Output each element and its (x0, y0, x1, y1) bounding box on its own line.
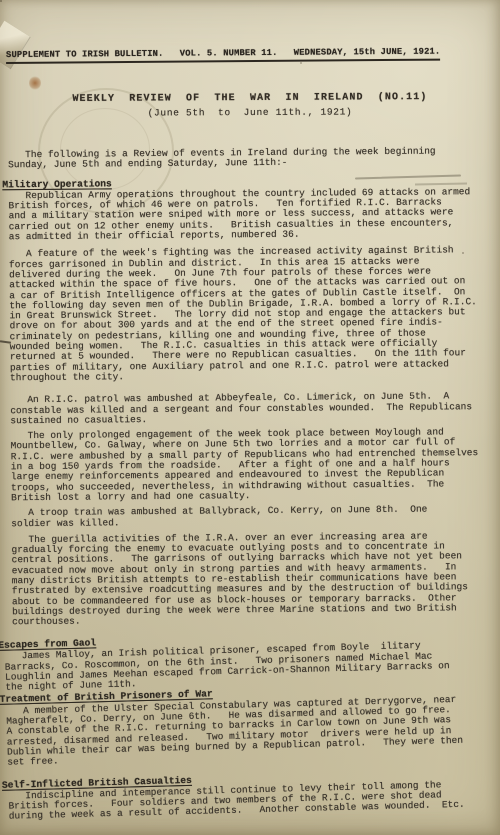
paragraph-treatment-1: A member of the Ulster Special Constabul… (6, 694, 493, 768)
paragraph-military-3: An R.I.C. patrol was ambushed at Abbeyfe… (10, 391, 494, 426)
paragraph-military-1: Republican Army operations throughout th… (8, 187, 492, 243)
paragraph-military-4: The only prolonged engagement of the wee… (10, 427, 495, 503)
paragraph-military-6: The guerilla activities of the I.R.A. ov… (11, 531, 496, 628)
ink-stain-mark (29, 76, 41, 90)
paragraph-military-2: A feature of the week's fighting was the… (9, 245, 494, 383)
title-block: WEEKLY REVIEW OF THE WAR IN IRELAND (NO.… (0, 92, 500, 120)
document-title: WEEKLY REVIEW OF THE WAR IN IRELAND (NO.… (0, 92, 500, 106)
masthead: SUPPLEMENT TO IRISH BULLETIN. VOL. 5. NU… (6, 47, 440, 64)
intro-paragraph: The following is a Review of events in I… (8, 146, 492, 171)
paper-speck-marks (0, 0, 2, 2)
document-subtitle: (June 5th to June 11th., 1921) (0, 106, 500, 120)
body-upper: The following is a Review of events in I… (8, 146, 496, 628)
document-page: SUPPLEMENT TO IRISH BULLETIN. VOL. 5. NU… (0, 0, 500, 835)
body-lower: Escapes from Gaol James Malloy, an Irish… (4, 628, 495, 822)
paragraph-military-5: A troop train was ambushed at Ballybrack… (11, 504, 495, 529)
